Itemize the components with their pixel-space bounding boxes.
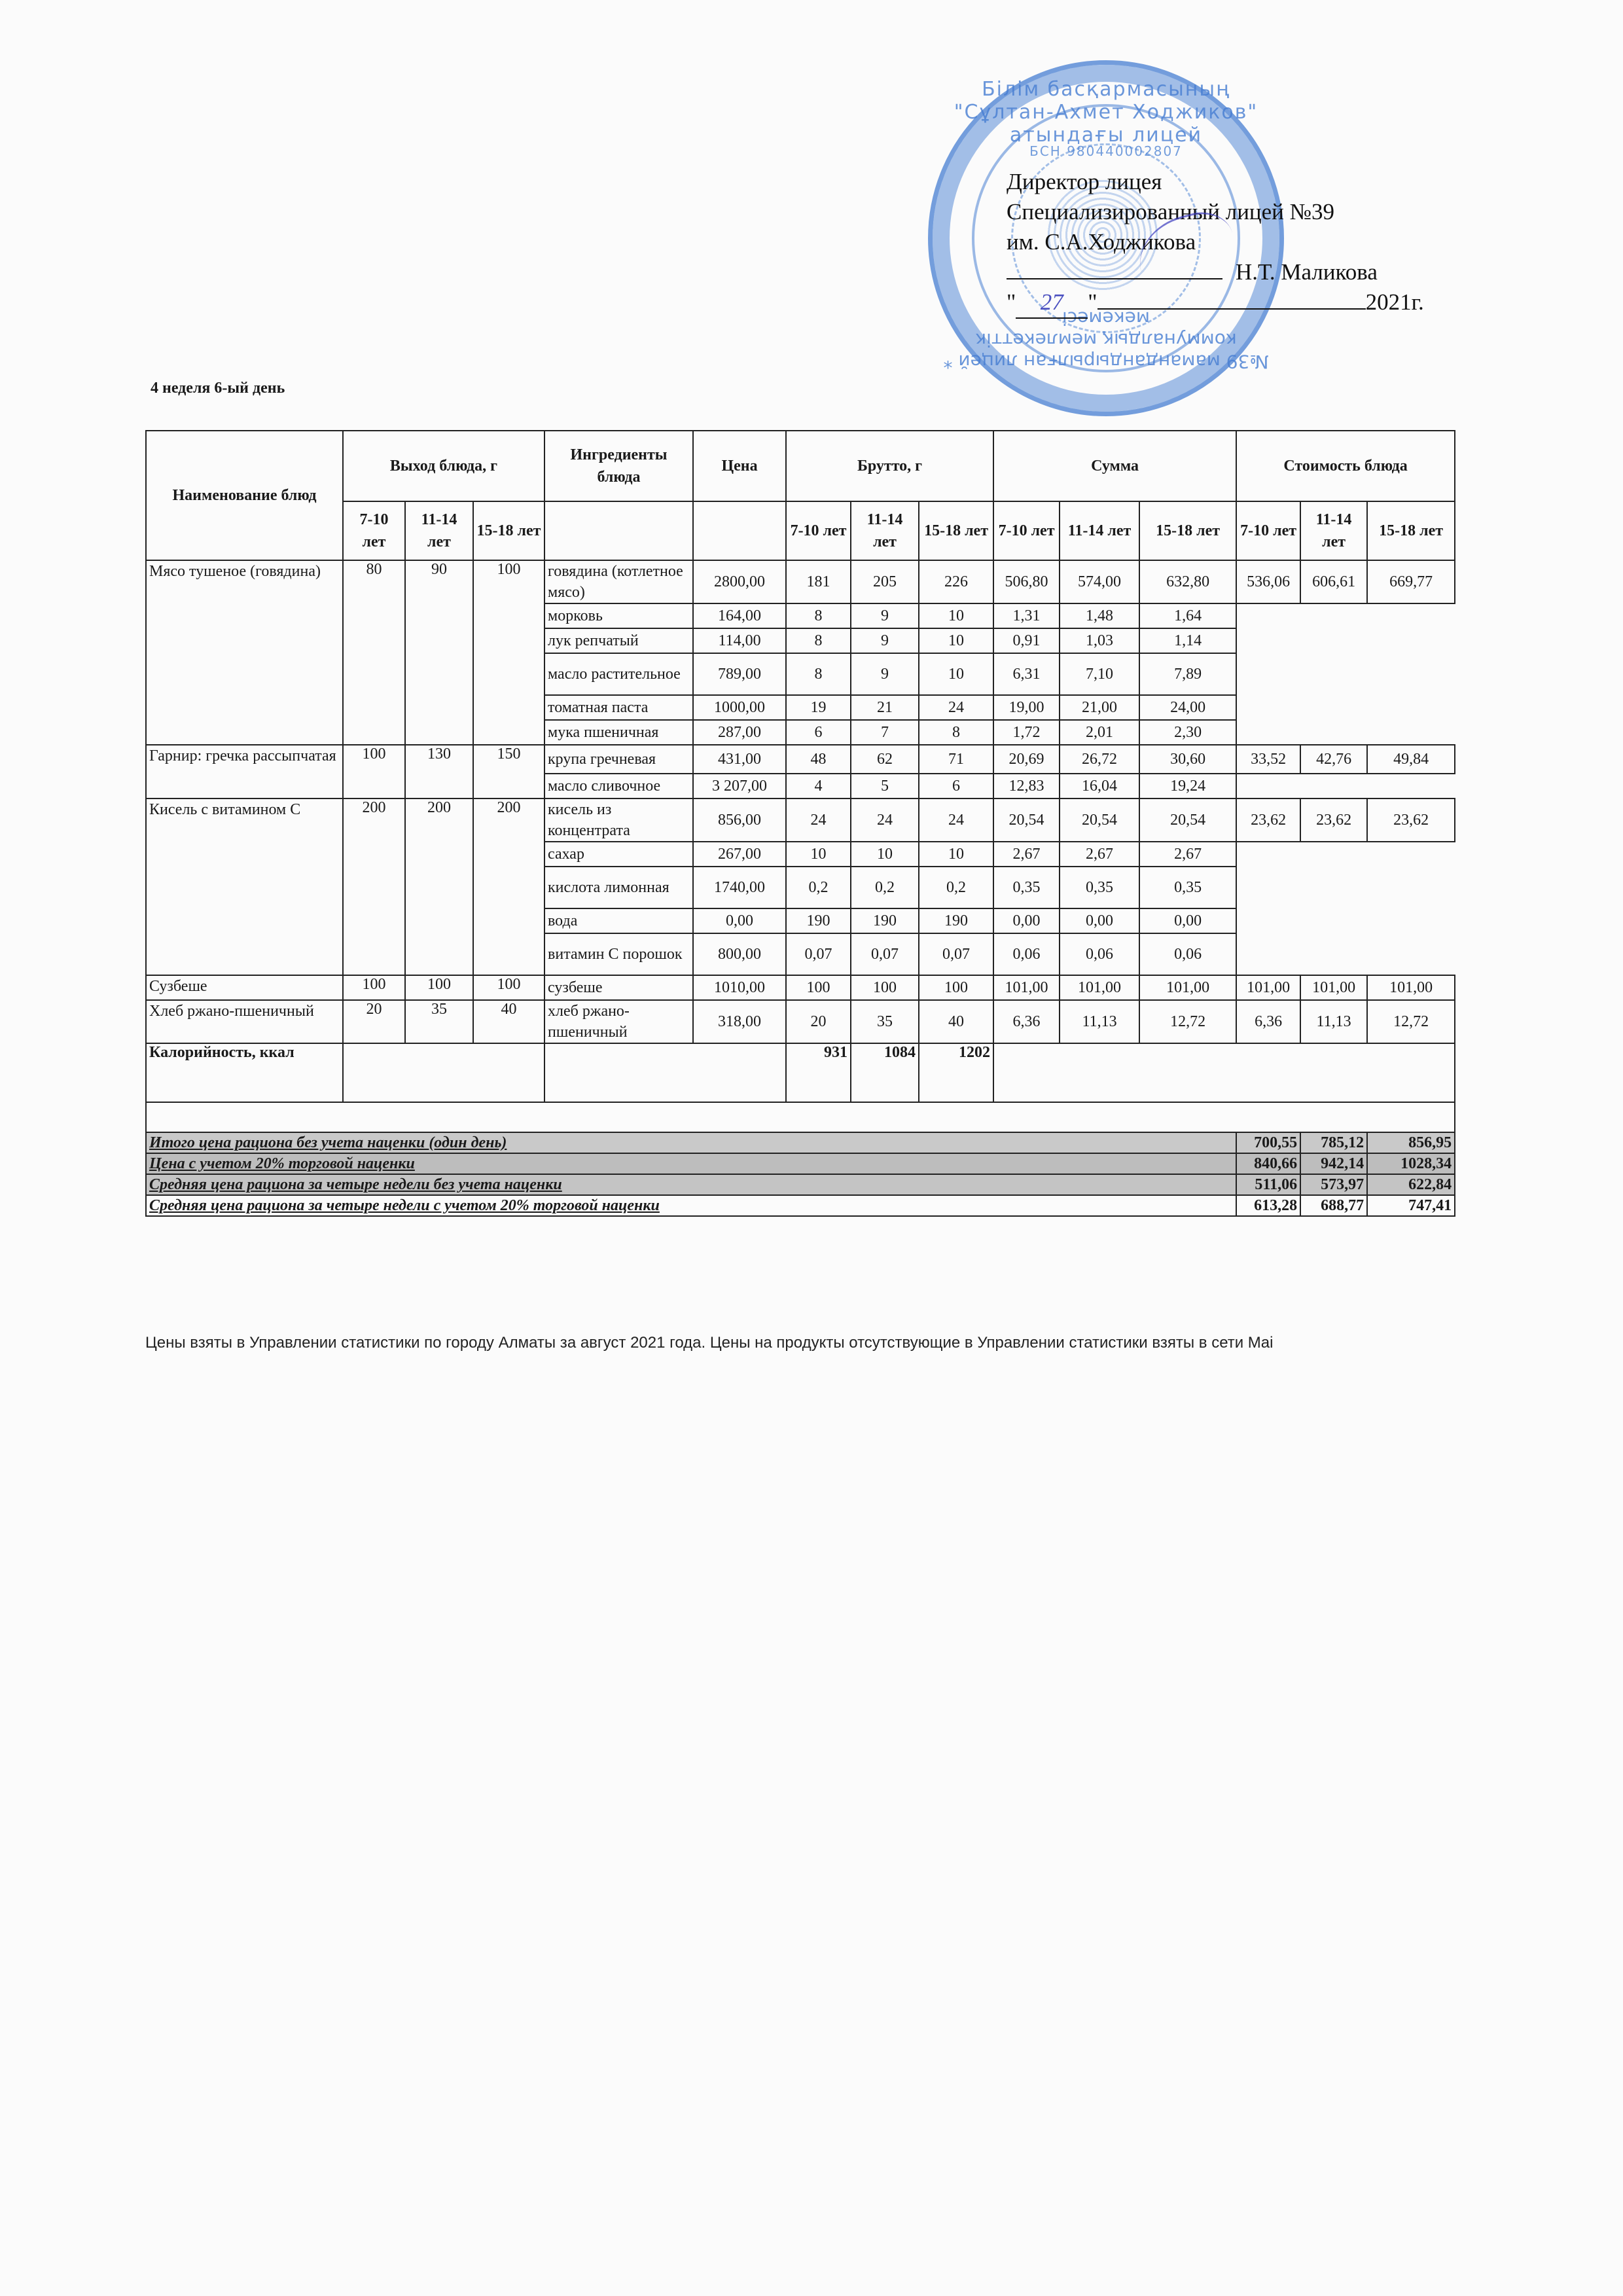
ingredient-price: 164,00 [693, 603, 786, 628]
ingredient-sum: 6,36 [993, 1000, 1060, 1043]
ingredient-row: Хлеб ржано-пшеничный203540хлеб ржано-пше… [146, 1000, 1455, 1043]
ingredient-sum: 101,00 [993, 975, 1060, 1000]
price-source-note: Цены взяты в Управлении статистики по го… [145, 1334, 1461, 1352]
header-age-sum-0: 7-10 лет [993, 501, 1060, 560]
dish-yield: 100 [405, 975, 473, 1000]
ingredient-brutto: 10 [919, 603, 993, 628]
calories-blank-ingredients [544, 1043, 786, 1102]
ingredient-row: Кисель с витамином С200200200кисель из к… [146, 798, 1455, 842]
header-ingredients-blank [544, 501, 693, 560]
ingredient-sum: 1,14 [1139, 628, 1236, 653]
spacer-row [146, 1102, 1455, 1132]
ingredient-sum: 1,64 [1139, 603, 1236, 628]
ingredient-brutto: 20 [786, 1000, 851, 1043]
summary-row: Цена с учетом 20% торговой наценки840,66… [146, 1153, 1455, 1174]
ingredient-name: мука пшеничная [544, 720, 693, 745]
ingredient-sum: 19,24 [1139, 774, 1236, 798]
ingredient-price: 1740,00 [693, 867, 786, 908]
ingredient-sum: 24,00 [1139, 695, 1236, 720]
ingredient-brutto: 24 [851, 798, 919, 842]
dish-cost: 23,62 [1300, 798, 1367, 842]
ingredient-brutto: 8 [786, 653, 851, 695]
ingredient-sum: 101,00 [1060, 975, 1139, 1000]
header-age-brutto-2: 15-18 лет [919, 501, 993, 560]
ingredient-price: 3 207,00 [693, 774, 786, 798]
ingredient-name: лук репчатый [544, 628, 693, 653]
calories-value: 1202 [919, 1043, 993, 1102]
ingredient-brutto: 100 [786, 975, 851, 1000]
date-day: 27 [1016, 287, 1088, 319]
summary-value: 688,77 [1300, 1195, 1367, 1216]
ingredient-brutto: 0,07 [919, 933, 993, 975]
ingredient-sum: 2,30 [1139, 720, 1236, 745]
ingredient-brutto: 100 [851, 975, 919, 1000]
dish-name: Кисель с витамином С [146, 798, 343, 975]
ingredient-row: Гарнир: гречка рассыпчатая100130150крупа… [146, 745, 1455, 774]
ingredient-brutto: 190 [786, 908, 851, 933]
calories-row: Калорийность, ккал93110841202 [146, 1043, 1455, 1102]
ingredient-sum: 0,00 [1139, 908, 1236, 933]
calories-blank-rest [993, 1043, 1455, 1102]
ingredient-brutto: 100 [919, 975, 993, 1000]
header-age-sum-1: 11-14 лет [1060, 501, 1139, 560]
date-year: 2021г. [1366, 289, 1424, 315]
dish-cost: 12,72 [1367, 1000, 1455, 1043]
ingredient-brutto: 205 [851, 560, 919, 603]
ingredient-sum: 16,04 [1060, 774, 1139, 798]
dish-cost: 23,62 [1236, 798, 1300, 842]
ingredient-sum: 574,00 [1060, 560, 1139, 603]
header-age-yield-0: 7-10 лет [343, 501, 405, 560]
dish-cost-blank [1236, 842, 1455, 975]
menu-table: Наименование блюдВыход блюда, гИнгредиен… [145, 430, 1455, 1217]
ingredient-price: 2800,00 [693, 560, 786, 603]
dish-name: Мясо тушеное (говядина) [146, 560, 343, 745]
ingredient-sum: 0,06 [993, 933, 1060, 975]
ingredient-price: 856,00 [693, 798, 786, 842]
ingredient-sum: 506,80 [993, 560, 1060, 603]
ingredient-brutto: 181 [786, 560, 851, 603]
summary-value: 622,84 [1367, 1174, 1455, 1195]
dish-yield: 200 [343, 798, 405, 975]
ingredient-sum: 0,35 [1060, 867, 1139, 908]
ingredient-brutto: 48 [786, 745, 851, 774]
ingredient-sum: 30,60 [1139, 745, 1236, 774]
dish-cost: 669,77 [1367, 560, 1455, 603]
calories-value: 1084 [851, 1043, 919, 1102]
dish-cost: 6,36 [1236, 1000, 1300, 1043]
dish-cost: 49,84 [1367, 745, 1455, 774]
ingredient-brutto: 0,07 [851, 933, 919, 975]
dish-yield: 80 [343, 560, 405, 745]
ingredient-sum: 20,54 [993, 798, 1060, 842]
dish-yield: 200 [405, 798, 473, 975]
dish-yield: 200 [473, 798, 544, 975]
summary-value: 700,55 [1236, 1132, 1300, 1153]
ingredient-brutto: 40 [919, 1000, 993, 1043]
ingredient-sum: 12,83 [993, 774, 1060, 798]
summary-value: 840,66 [1236, 1153, 1300, 1174]
dish-yield: 35 [405, 1000, 473, 1043]
summary-value: 785,12 [1300, 1132, 1367, 1153]
summary-label: Цена с учетом 20% торговой наценки [146, 1153, 1236, 1174]
approval-date: "27"2021г. [1007, 287, 1424, 319]
ingredient-sum: 1,03 [1060, 628, 1139, 653]
dish-yield: 130 [405, 745, 473, 798]
ingredient-sum: 2,67 [1139, 842, 1236, 867]
calories-blank-yield [343, 1043, 544, 1102]
summary-label: Итого цена рациона без учета наценки (од… [146, 1132, 1236, 1153]
calories-label: Калорийность, ккал [146, 1043, 343, 1102]
ingredient-name: томатная паста [544, 695, 693, 720]
dish-cost: 101,00 [1367, 975, 1455, 1000]
summary-row: Средняя цена рациона за четыре недели с … [146, 1195, 1455, 1216]
dish-cost: 33,52 [1236, 745, 1300, 774]
ingredient-sum: 1,31 [993, 603, 1060, 628]
ingredient-sum: 0,00 [993, 908, 1060, 933]
ingredient-price: 1010,00 [693, 975, 786, 1000]
dish-yield: 150 [473, 745, 544, 798]
ingredient-brutto: 71 [919, 745, 993, 774]
stamp-top-text: Білім басқармасының "Сұлтан-Ахмет Ходжик… [933, 78, 1279, 147]
ingredient-brutto: 190 [851, 908, 919, 933]
summary-row: Средняя цена рациона за четыре недели бе… [146, 1174, 1455, 1195]
ingredient-name: сузбеше [544, 975, 693, 1000]
ingredient-name: кисель из концентрата [544, 798, 693, 842]
header-age-cost-2: 15-18 лет [1367, 501, 1455, 560]
ingredient-sum: 21,00 [1060, 695, 1139, 720]
dish-cost: 536,06 [1236, 560, 1300, 603]
header-age-yield-2: 15-18 лет [473, 501, 544, 560]
ingredient-brutto: 0,2 [919, 867, 993, 908]
dish-name: Сузбеше [146, 975, 343, 1000]
ingredient-brutto: 8 [786, 603, 851, 628]
header-age-cost-0: 7-10 лет [1236, 501, 1300, 560]
ingredient-sum: 1,72 [993, 720, 1060, 745]
page-title: 4 неделя 6-ый день [151, 380, 285, 397]
ingredient-name: сахар [544, 842, 693, 867]
header-cost: Стоимость блюда [1236, 431, 1455, 501]
ingredient-sum: 101,00 [1139, 975, 1236, 1000]
dish-cost-blank [1236, 774, 1455, 798]
ingredient-brutto: 0,2 [786, 867, 851, 908]
ingredient-brutto: 8 [786, 628, 851, 653]
dish-yield: 20 [343, 1000, 405, 1043]
summary-value: 573,97 [1300, 1174, 1367, 1195]
ingredient-price: 114,00 [693, 628, 786, 653]
header-age-cost-1: 11-14 лет [1300, 501, 1367, 560]
ingredient-price: 287,00 [693, 720, 786, 745]
ingredient-brutto: 21 [851, 695, 919, 720]
ingredient-name: хлеб ржано-пшеничный [544, 1000, 693, 1043]
header-ingredients: Ингредиенты блюда [544, 431, 693, 501]
ingredient-price: 267,00 [693, 842, 786, 867]
ingredient-brutto: 10 [786, 842, 851, 867]
ingredient-brutto: 9 [851, 603, 919, 628]
ingredient-sum: 20,54 [1060, 798, 1139, 842]
approver-title: Директор лицея [1007, 167, 1424, 197]
spacer-cell [146, 1102, 1455, 1132]
dish-cost-blank [1236, 603, 1455, 745]
dish-yield: 90 [405, 560, 473, 745]
header-dish-name: Наименование блюд [146, 431, 343, 560]
summary-value: 747,41 [1367, 1195, 1455, 1216]
header-price: Цена [693, 431, 786, 501]
ingredient-sum: 7,10 [1060, 653, 1139, 695]
ingredient-sum: 0,91 [993, 628, 1060, 653]
ingredient-sum: 0,06 [1060, 933, 1139, 975]
ingredient-brutto: 62 [851, 745, 919, 774]
ingredient-brutto: 24 [919, 695, 993, 720]
ingredient-brutto: 190 [919, 908, 993, 933]
ingredient-brutto: 24 [786, 798, 851, 842]
ingredient-brutto: 7 [851, 720, 919, 745]
summary-value: 1028,34 [1367, 1153, 1455, 1174]
dish-cost: 101,00 [1300, 975, 1367, 1000]
ingredient-name: масло сливочное [544, 774, 693, 798]
header-age-sum-2: 15-18 лет [1139, 501, 1236, 560]
date-month-blank [1097, 308, 1366, 310]
ingredient-brutto: 226 [919, 560, 993, 603]
ingredient-brutto: 19 [786, 695, 851, 720]
dish-cost: 23,62 [1367, 798, 1455, 842]
ingredient-brutto: 10 [919, 842, 993, 867]
header-brutto: Брутто, г [786, 431, 993, 501]
summary-row: Итого цена рациона без учета наценки (од… [146, 1132, 1455, 1153]
ingredient-brutto: 9 [851, 653, 919, 695]
dish-cost: 101,00 [1236, 975, 1300, 1000]
dish-cost: 606,61 [1300, 560, 1367, 603]
summary-label: Средняя цена рациона за четыре недели с … [146, 1195, 1236, 1216]
signer-name: Н.Т. Маликова [1236, 259, 1378, 285]
date-quote-close: " [1088, 289, 1097, 315]
ingredient-price: 1000,00 [693, 695, 786, 720]
ingredient-brutto: 6 [919, 774, 993, 798]
ingredient-sum: 1,48 [1060, 603, 1139, 628]
dish-name: Гарнир: гречка рассыпчатая [146, 745, 343, 798]
ingredient-sum: 0,00 [1060, 908, 1139, 933]
dish-yield: 100 [343, 745, 405, 798]
dish-yield: 100 [343, 975, 405, 1000]
ingredient-brutto: 10 [919, 653, 993, 695]
ingredient-price: 800,00 [693, 933, 786, 975]
ingredient-price: 0,00 [693, 908, 786, 933]
ingredient-brutto: 4 [786, 774, 851, 798]
ingredient-sum: 12,72 [1139, 1000, 1236, 1043]
ingredient-sum: 2,67 [993, 842, 1060, 867]
ingredient-sum: 2,01 [1060, 720, 1139, 745]
ingredient-brutto: 8 [919, 720, 993, 745]
ingredient-brutto: 6 [786, 720, 851, 745]
ingredient-sum: 0,35 [993, 867, 1060, 908]
date-quote-open: " [1007, 289, 1016, 315]
ingredient-brutto: 5 [851, 774, 919, 798]
dish-name: Хлеб ржано-пшеничный [146, 1000, 343, 1043]
ingredient-brutto: 10 [919, 628, 993, 653]
dish-cost: 42,76 [1300, 745, 1367, 774]
header-age-yield-1: 11-14 лет [405, 501, 473, 560]
ingredient-brutto: 10 [851, 842, 919, 867]
dish-yield: 100 [473, 975, 544, 1000]
ingredient-name: масло растительное [544, 653, 693, 695]
dish-cost: 11,13 [1300, 1000, 1367, 1043]
ingredient-sum: 632,80 [1139, 560, 1236, 603]
ingredient-brutto: 35 [851, 1000, 919, 1043]
ingredient-sum: 0,35 [1139, 867, 1236, 908]
ingredient-sum: 2,67 [1060, 842, 1139, 867]
header-price-blank [693, 501, 786, 560]
summary-value: 613,28 [1236, 1195, 1300, 1216]
ingredient-name: морковь [544, 603, 693, 628]
ingredient-name: крупа гречневая [544, 745, 693, 774]
ingredient-name: кислота лимонная [544, 867, 693, 908]
ingredient-name: витамин С порошок [544, 933, 693, 975]
calories-value: 931 [786, 1043, 851, 1102]
ingredient-brutto: 9 [851, 628, 919, 653]
dish-yield: 100 [473, 560, 544, 745]
header-age-brutto-1: 11-14 лет [851, 501, 919, 560]
ingredient-row: Мясо тушеное (говядина)8090100говядина (… [146, 560, 1455, 603]
ingredient-sum: 26,72 [1060, 745, 1139, 774]
ingredient-sum: 6,31 [993, 653, 1060, 695]
ingredient-name: говядина (котлетное мясо) [544, 560, 693, 603]
ingredient-sum: 19,00 [993, 695, 1060, 720]
stamp-bin: БСН 980440002807 [933, 143, 1279, 159]
ingredient-price: 789,00 [693, 653, 786, 695]
ingredient-row: Сузбеше100100100сузбеше1010,001001001001… [146, 975, 1455, 1000]
ingredient-brutto: 0,2 [851, 867, 919, 908]
ingredient-brutto: 0,07 [786, 933, 851, 975]
header-age-brutto-0: 7-10 лет [786, 501, 851, 560]
dish-yield: 40 [473, 1000, 544, 1043]
ingredient-sum: 0,06 [1139, 933, 1236, 975]
header-yield: Выход блюда, г [343, 431, 544, 501]
ingredient-price: 431,00 [693, 745, 786, 774]
ingredient-sum: 20,54 [1139, 798, 1236, 842]
summary-value: 511,06 [1236, 1174, 1300, 1195]
ingredient-name: вода [544, 908, 693, 933]
summary-value: 942,14 [1300, 1153, 1367, 1174]
summary-label: Средняя цена рациона за четыре недели бе… [146, 1174, 1236, 1195]
ingredient-brutto: 24 [919, 798, 993, 842]
ingredient-sum: 7,89 [1139, 653, 1236, 695]
header-sum: Сумма [993, 431, 1236, 501]
ingredient-sum: 20,69 [993, 745, 1060, 774]
summary-value: 856,95 [1367, 1132, 1455, 1153]
ingredient-price: 318,00 [693, 1000, 786, 1043]
ingredient-sum: 11,13 [1060, 1000, 1139, 1043]
